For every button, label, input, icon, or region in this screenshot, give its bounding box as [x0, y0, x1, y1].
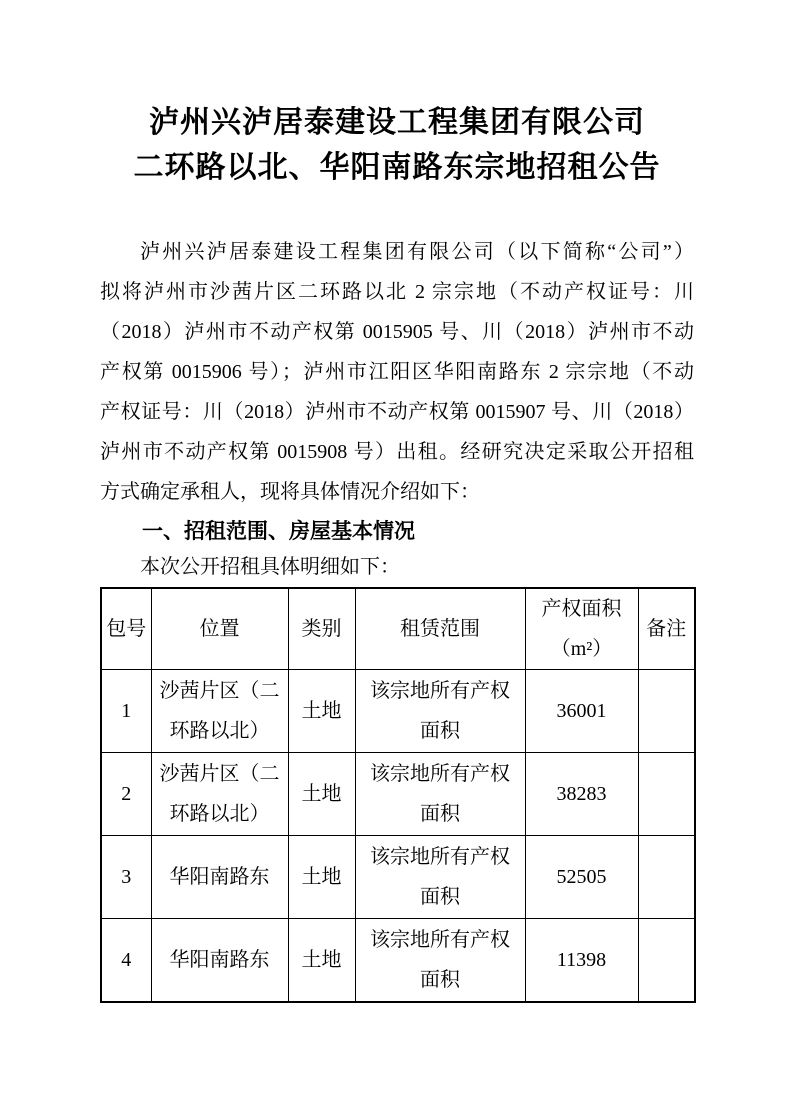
paragraph-line: 产权第 0015906 号）；泸州市江阳区华阳南路东 2 宗宗地（不动: [100, 352, 694, 392]
cell-remark: [638, 670, 695, 753]
cell-area: 36001: [525, 670, 638, 753]
table-row: 4 华阳南路东 土地 该宗地所有产权 面积 11398: [101, 919, 695, 1003]
cell-location: 沙茜片区（二 环路以北）: [151, 753, 288, 836]
header-cell-area: 产权面积 （m²）: [525, 588, 638, 670]
paragraph-line: （2018）泸州市不动产权第 0015905 号、川（2018）泸州市不动: [100, 312, 694, 352]
cell-area: 52505: [525, 836, 638, 919]
cell-package-no: 2: [101, 753, 151, 836]
table-row: 1 沙茜片区（二 环路以北） 土地 该宗地所有产权 面积 36001: [101, 670, 695, 753]
document-title-line-2: 二环路以北、华阳南路东宗地招租公告: [100, 145, 694, 190]
cell-lease-scope: 该宗地所有产权 面积: [355, 753, 525, 836]
cell-package-no: 4: [101, 919, 151, 1003]
paragraph-line: 产权证号：川（2018）泸州市不动产权第 0015907 号、川（2018）: [100, 392, 694, 432]
table-row: 2 沙茜片区（二 环路以北） 土地 该宗地所有产权 面积 38283: [101, 753, 695, 836]
cell-lease-scope: 该宗地所有产权 面积: [355, 836, 525, 919]
header-cell-lease-scope: 租赁范围: [355, 588, 525, 670]
header-cell-category: 类别: [288, 588, 355, 670]
cell-remark: [638, 919, 695, 1003]
cell-area: 11398: [525, 919, 638, 1003]
cell-remark: [638, 836, 695, 919]
paragraph-line: 拟将泸州市沙茜片区二环路以北 2 宗宗地（不动产权证号：川: [100, 272, 694, 312]
cell-package-no: 3: [101, 836, 151, 919]
cell-location: 华阳南路东: [151, 836, 288, 919]
cell-location: 华阳南路东: [151, 919, 288, 1003]
cell-category: 土地: [288, 670, 355, 753]
document-title-line-1: 泸州兴泸居泰建设工程集团有限公司: [100, 100, 694, 145]
paragraph-line: 泸州兴泸居泰建设工程集团有限公司（以下简称“公司”）: [100, 232, 694, 272]
cell-category: 土地: [288, 836, 355, 919]
document-content: 泸州兴泸居泰建设工程集团有限公司 二环路以北、华阳南路东宗地招租公告 泸州兴泸居…: [0, 0, 794, 587]
cell-category: 土地: [288, 753, 355, 836]
cell-location: 沙茜片区（二 环路以北）: [151, 670, 288, 753]
header-cell-package-no: 包号: [101, 588, 151, 670]
cell-package-no: 1: [101, 670, 151, 753]
paragraph-line: 泸州市不动产权第 0015908 号）出租。经研究决定采取公开招租: [100, 432, 694, 472]
cell-lease-scope: 该宗地所有产权 面积: [355, 670, 525, 753]
section-heading: 一、招租范围、房屋基本情况: [100, 517, 694, 547]
cell-lease-scope: 该宗地所有产权 面积: [355, 919, 525, 1003]
cell-remark: [638, 753, 695, 836]
table-intro: 本次公开招租具体明细如下：: [100, 547, 694, 587]
cell-category: 土地: [288, 919, 355, 1003]
table-header-row: 包号 位置 类别 租赁范围 产权面积 （m²） 备注: [101, 588, 695, 670]
document-title: 泸州兴泸居泰建设工程集团有限公司 二环路以北、华阳南路东宗地招租公告: [100, 0, 694, 190]
header-cell-location: 位置: [151, 588, 288, 670]
rental-table: 包号 位置 类别 租赁范围 产权面积 （m²） 备注 1 沙茜片区（二 环路以北…: [100, 587, 696, 1003]
paragraph-line: 方式确定承租人，现将具体情况介绍如下：: [100, 472, 694, 512]
header-cell-remark: 备注: [638, 588, 695, 670]
document-page: 泸州兴泸居泰建设工程集团有限公司 二环路以北、华阳南路东宗地招租公告 泸州兴泸居…: [0, 0, 794, 1108]
cell-area: 38283: [525, 753, 638, 836]
intro-paragraph: 泸州兴泸居泰建设工程集团有限公司（以下简称“公司”） 拟将泸州市沙茜片区二环路以…: [100, 232, 694, 512]
table-row: 3 华阳南路东 土地 该宗地所有产权 面积 52505: [101, 836, 695, 919]
